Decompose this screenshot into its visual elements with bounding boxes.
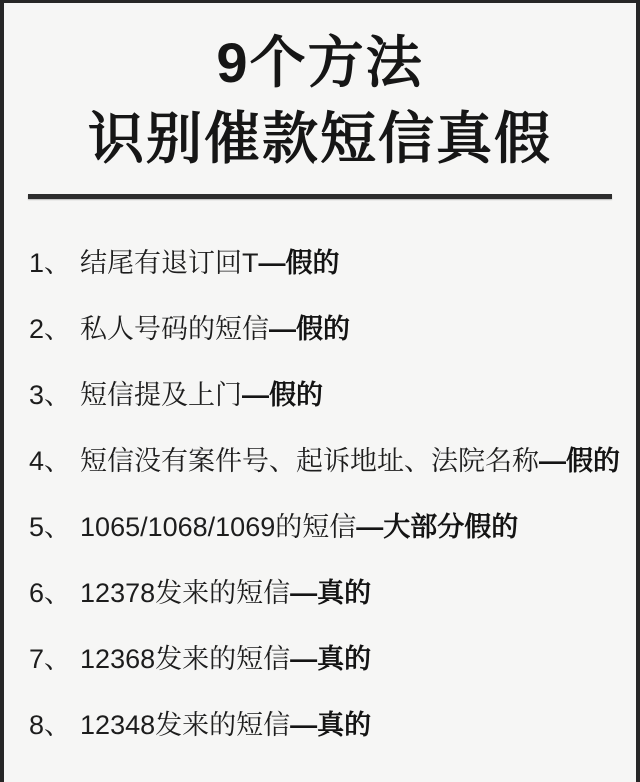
- list-item: 7、12368发来的短信—真的: [29, 644, 616, 674]
- list-item: 8、12348发来的短信—真的: [29, 710, 616, 740]
- item-verdict: —真的: [290, 578, 371, 608]
- item-number: 1、: [29, 248, 71, 278]
- item-verdict: —真的: [290, 710, 371, 740]
- method-list: 1、结尾有退订回T—假的 2、私人号码的短信—假的 3、短信提及上门—假的 4、…: [4, 248, 636, 740]
- item-text: 12348发来的短信: [80, 710, 290, 740]
- item-text: 1065/1068/1069的短信: [80, 512, 356, 542]
- item-verdict: —真的: [290, 644, 371, 674]
- title-separator-rule: [28, 194, 612, 199]
- poster-title: 9个方法 识别催款短信真假: [4, 3, 636, 177]
- item-verdict: —假的: [259, 248, 340, 278]
- item-number: 4、: [29, 446, 71, 476]
- item-number: 2、: [29, 314, 71, 344]
- list-item: 4、短信没有案件号、起诉地址、法院名称—假的: [29, 446, 616, 476]
- item-text: 短信提及上门: [80, 380, 242, 410]
- item-text: 12378发来的短信: [80, 578, 290, 608]
- item-number: 8、: [29, 710, 71, 740]
- item-verdict: —大部分假的: [356, 512, 518, 542]
- item-verdict: —假的: [242, 380, 323, 410]
- item-number: 5、: [29, 512, 71, 542]
- item-verdict: —假的: [269, 314, 350, 344]
- title-line-2: 识别催款短信真假: [4, 101, 636, 177]
- poster-card: 9个方法 识别催款短信真假 1、结尾有退订回T—假的 2、私人号码的短信—假的 …: [0, 0, 640, 782]
- item-text: 短信没有案件号、起诉地址、法院名称: [80, 446, 539, 476]
- item-number: 6、: [29, 578, 71, 608]
- item-number: 7、: [29, 644, 71, 674]
- list-item: 6、12378发来的短信—真的: [29, 578, 616, 608]
- title-line-1: 9个方法: [4, 25, 636, 101]
- item-text: 结尾有退订回T: [80, 248, 259, 278]
- list-item: 3、短信提及上门—假的: [29, 380, 616, 410]
- item-text: 12368发来的短信: [80, 644, 290, 674]
- item-text: 私人号码的短信: [80, 314, 269, 344]
- item-verdict: —假的: [539, 446, 620, 476]
- list-item: 2、私人号码的短信—假的: [29, 314, 616, 344]
- item-number: 3、: [29, 380, 71, 410]
- list-item: 5、1065/1068/1069的短信—大部分假的: [29, 512, 616, 542]
- list-item: 1、结尾有退订回T—假的: [29, 248, 616, 278]
